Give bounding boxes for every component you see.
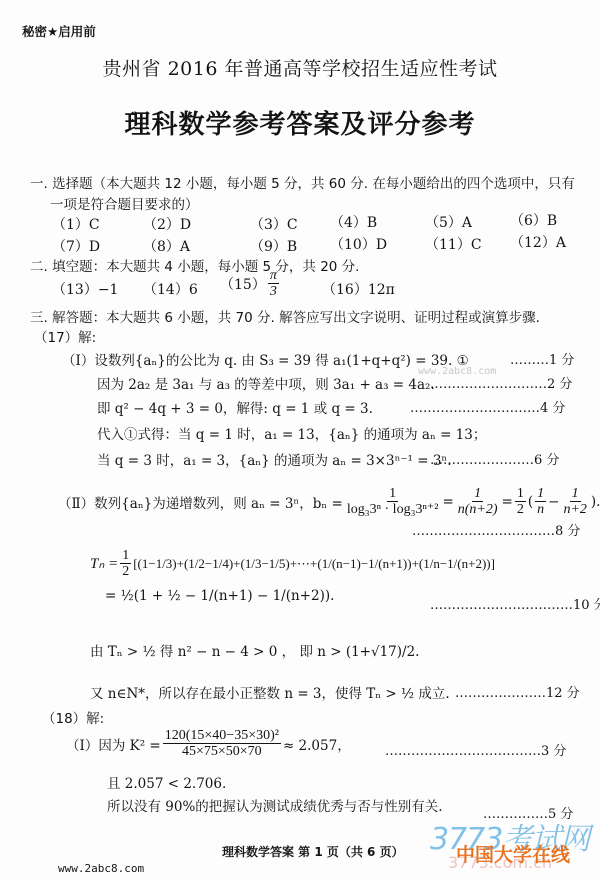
answer-item: （5）A [425,212,472,232]
inequality-line: 由 Tₙ > ½ 得 n² − n − 4 > 0 ， 即 n > (1+√17… [90,640,419,660]
score-marker: ………………………………3 分 [385,740,566,759]
answer-item: （1）C [52,214,100,234]
fill-answer-14: （14）6 [143,279,198,299]
q17-part1-line5: 当 q = 3 时，a₁ = 3，{aₙ} 的通项为 aₙ = 3×3ⁿ⁻¹ =… [97,449,452,469]
fill-answer-13: （13）−1 [52,279,118,299]
confidential-label: 秘密★启用前 [22,22,96,40]
q17-part1-line2: 因为 2a₂ 是 3a₁ 与 a₃ 的等差中项，则 3a₁ + a₃ = 4a₂… [97,373,435,393]
conclusion-line: 又 n∈N*，所以存在最小正整数 n = 3，使得 Tₙ > ½ 成立. [90,682,450,702]
section3-heading: 三. 解答题：本大题共 6 小题，共 70 分. 解答应写出文字说明、证明过程或… [30,306,540,326]
score-marker: ………1 分 [510,349,574,368]
q17-part1-line1: （Ⅰ）设数列{aₙ}的公比为 q. 由 S₃ = 39 得 a₁(1+q+q²)… [62,349,469,369]
watermark-logo-cn: 中国大学在线 [456,840,570,867]
fill-answer-16: （16）12π [322,279,395,299]
answer-item: （10）D [330,234,387,254]
document-title: 理科数学参考答案及评分参考 [0,104,600,141]
tn-sum: Tₙ = 12 [(1−1/3)+(1/2−1/4)+(1/3−1/5)+⋯+(… [90,548,495,580]
tn-result: = ½(1 + ½ − 1/(n+1) − 1/(n+2)). [105,588,334,604]
q17-part1-line3: 即 q² − 4q + 3 = 0，解得: q = 1 或 q = 3. [97,397,373,417]
answer-item: （4）B [330,212,377,232]
answer-item: （8）A [143,236,190,256]
section1-heading-cont: 一项是符合题目要求的） [50,193,199,213]
q17-part1-line4: 代入①式得：当 q = 1 时，a₁ = 13，{aₙ} 的通项为 aₙ = 1… [97,423,486,443]
answer-item: （11）C [425,234,482,254]
answer-item: （6）B [510,210,557,230]
q18-part1-line2: 且 2.057 < 2.706. [107,772,226,792]
section2-heading: 二. 填空题：本大题共 4 小题，每小题 5 分，共 20 分. [30,255,359,275]
section1-heading: 一. 选择题（本大题共 12 小题，每小题 5 分，共 60 分. 在每小题给出… [30,172,575,192]
answer-item: （9）B [250,236,297,256]
site-url: www.2abc8.com [58,862,144,875]
score-marker: ………………………2 分 [430,373,572,392]
q18-part1-line1: （Ⅰ）因为 K² = 120(15×40−35×30)²45×75×50×70 … [66,728,351,760]
q18-part1-line3: 所以没有 90%的把握认为测试成绩优秀与否与性别有关. [107,795,443,815]
fill-answer-15: （15）π3 [220,268,281,300]
q17-label: （17）解: [34,326,96,346]
score-marker: …………………………4 分 [410,397,565,416]
answer-item: （2）D [143,214,191,234]
score-marker: …………………12 分 [455,682,580,701]
score-marker: ……………………………10 分 [430,594,600,613]
answer-item: （7）D [52,236,100,256]
page-footer: 理科数学答案 第 1 页（共 6 页） [222,843,404,860]
q18-label: （18）解: [42,707,104,727]
exam-title: 贵州省 2016 年普通高等学校招生适应性考试 [0,54,600,81]
score-marker: ……………………………8 分 [412,520,580,539]
answer-item: （12）A [510,232,566,252]
answer-item: （3）C [250,214,298,234]
q17-part2-line1: （Ⅱ）数列{aₙ}为递增数列，则 aₙ = 3ⁿ，bₙ = 1log₃3ⁿ · … [58,486,600,518]
score-marker: ……………………6 分 [430,449,559,468]
